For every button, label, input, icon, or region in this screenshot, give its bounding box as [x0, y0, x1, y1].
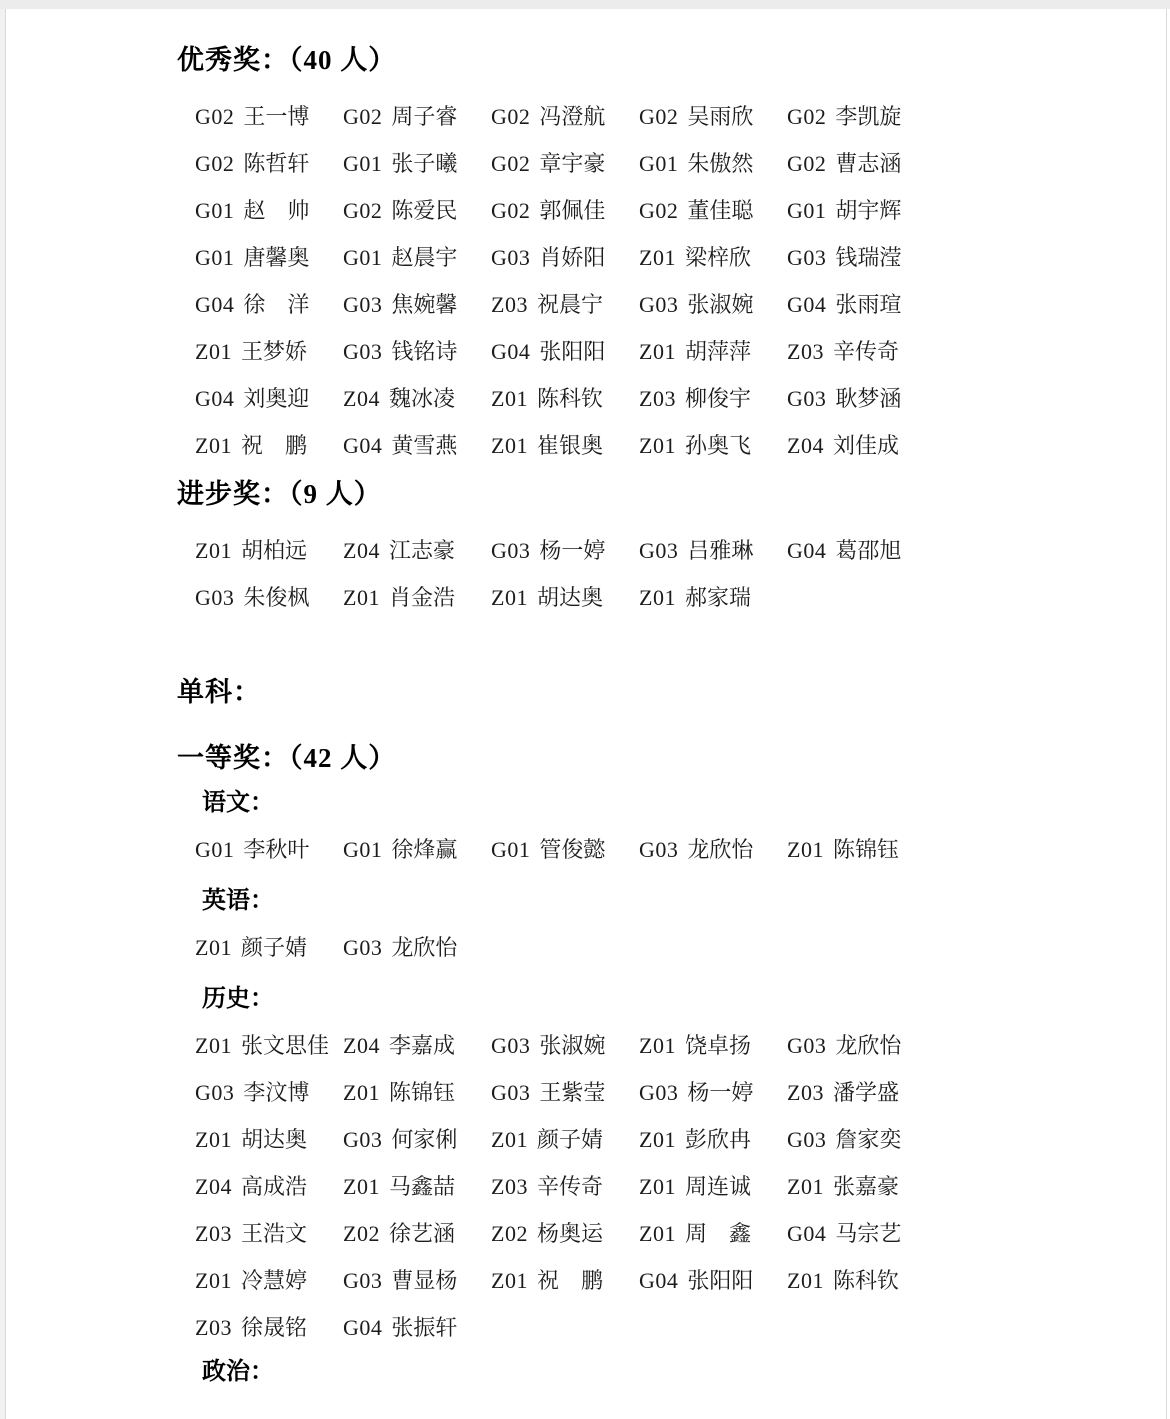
award-entry: G02周子睿 — [343, 100, 491, 131]
award-entry: Z01梁梓欣 — [639, 241, 787, 272]
award-entry: Z01陈科钦 — [491, 382, 639, 413]
award-entry: Z03柳俊宇 — [639, 382, 787, 413]
student-name: 唐馨奥 — [243, 245, 309, 270]
student-name: 陈爱民 — [391, 198, 457, 223]
student-class-code: G01 — [343, 151, 382, 176]
student-class-code: Z01 — [195, 935, 232, 960]
award-entry: Z01陈锦钰 — [787, 833, 935, 864]
award-entry: G02曹志涵 — [787, 147, 935, 178]
student-name: 管俊懿 — [539, 837, 605, 862]
award-entry: Z01胡萍萍 — [639, 335, 787, 366]
award-rows: Z01颜子婧G03龙欣怡 — [195, 923, 967, 970]
award-row: Z01祝 鹏G04黄雪燕Z01崔银奥Z01孙奥飞Z04刘佳成 — [195, 421, 967, 468]
student-name: 李汶博 — [243, 1080, 309, 1105]
subsection-heading-chinese: 语文： — [202, 789, 967, 817]
student-name: 颜子婧 — [241, 935, 307, 960]
student-name: 张阳阳 — [539, 339, 605, 364]
award-entry: G02冯澄航 — [491, 100, 639, 131]
student-name: 赵晨宇 — [391, 245, 457, 270]
student-name: 张阳阳 — [687, 1268, 753, 1293]
award-entry: G04张雨瑄 — [787, 288, 935, 319]
student-class-code: G03 — [491, 245, 530, 270]
award-entry: Z01张嘉豪 — [787, 1170, 935, 1201]
student-class-code: Z01 — [491, 1127, 528, 1152]
award-row: Z04高成浩Z01马鑫喆Z03辛传奇Z01周连诚Z01张嘉豪 — [195, 1162, 967, 1209]
student-name: 龙欣怡 — [391, 935, 457, 960]
subsection-chinese: 语文：G01李秋叶G01徐烽赢G01管俊懿G03龙欣怡Z01陈锦钰 — [177, 789, 967, 872]
student-name: 辛传奇 — [833, 339, 899, 364]
award-entry: Z02杨奥运 — [491, 1217, 639, 1248]
student-name: 马鑫喆 — [389, 1174, 455, 1199]
student-name: 陈科钦 — [833, 1268, 899, 1293]
award-entry: G03王紫莹 — [491, 1076, 639, 1107]
student-class-code: Z01 — [195, 1127, 232, 1152]
award-entry: G03钱铭诗 — [343, 335, 491, 366]
award-entry: Z01胡达奥 — [195, 1123, 343, 1154]
student-name: 周连诚 — [685, 1174, 751, 1199]
award-entry: G02陈哲轩 — [195, 147, 343, 178]
student-class-code: G03 — [639, 837, 678, 862]
award-entry: Z01祝 鹏 — [195, 429, 343, 460]
student-class-code: Z02 — [343, 1221, 380, 1246]
student-class-code: Z01 — [639, 339, 676, 364]
award-entry: G03吕雅琳 — [639, 534, 787, 565]
student-name: 梁梓欣 — [685, 245, 751, 270]
award-entry: G01朱傲然 — [639, 147, 787, 178]
student-name: 张雨瑄 — [835, 292, 901, 317]
award-entry: G04张阳阳 — [491, 335, 639, 366]
award-entry: Z03辛传奇 — [787, 335, 935, 366]
student-name: 曹志涵 — [835, 151, 901, 176]
student-name: 孙奥飞 — [685, 433, 751, 458]
student-name: 郭佩佳 — [539, 198, 605, 223]
student-name: 胡宇辉 — [835, 198, 901, 223]
award-entry: G04马宗艺 — [787, 1217, 935, 1248]
student-name: 徐烽赢 — [391, 837, 457, 862]
award-row: G02陈哲轩G01张子曦G02章宇豪G01朱傲然G02曹志涵 — [195, 139, 967, 186]
award-entry: Z01彭欣冉 — [639, 1123, 787, 1154]
student-class-code: G03 — [343, 935, 382, 960]
award-entry: G01徐烽赢 — [343, 833, 491, 864]
student-name: 高成浩 — [241, 1174, 307, 1199]
award-entry: Z01周 鑫 — [639, 1217, 787, 1248]
subsection-politics: 政治： — [177, 1358, 967, 1386]
section-single-subject: 单科： — [177, 676, 967, 708]
student-class-code: G03 — [639, 292, 678, 317]
student-class-code: Z03 — [195, 1315, 232, 1340]
student-class-code: Z03 — [787, 1080, 824, 1105]
section-excellence-award: 优秀奖：（40 人）G02王一博G02周子睿G02冯澄航G02吴雨欣G02李凯旋… — [177, 44, 967, 468]
student-class-code: Z01 — [639, 433, 676, 458]
award-row: Z01王梦娇G03钱铭诗G04张阳阳Z01胡萍萍Z03辛传奇 — [195, 327, 967, 374]
award-entry: G03龙欣怡 — [343, 931, 491, 962]
student-class-code: G02 — [491, 151, 530, 176]
section-heading-progress-award: 进步奖：（9 人） — [177, 478, 967, 510]
section-first-prize: 一等奖：（42 人）语文：G01李秋叶G01徐烽赢G01管俊懿G03龙欣怡Z01… — [177, 742, 967, 1386]
student-class-code: Z01 — [491, 386, 528, 411]
award-entry: Z03辛传奇 — [491, 1170, 639, 1201]
award-row: Z03王浩文Z02徐艺涵Z02杨奥运Z01周 鑫G04马宗艺 — [195, 1209, 967, 1256]
student-name: 徐晟铭 — [241, 1315, 307, 1340]
award-entry: G03张淑婉 — [639, 288, 787, 319]
student-class-code: G03 — [787, 245, 826, 270]
page-edge-right — [1166, 9, 1167, 1419]
award-entry: G03杨一婷 — [639, 1076, 787, 1107]
student-class-code: G03 — [639, 538, 678, 563]
student-class-code: G02 — [343, 198, 382, 223]
student-class-code: Z04 — [787, 433, 824, 458]
student-name: 张淑婉 — [687, 292, 753, 317]
student-name: 张振轩 — [391, 1315, 457, 1340]
document-content: 优秀奖：（40 人）G02王一博G02周子睿G02冯澄航G02吴雨欣G02李凯旋… — [177, 44, 967, 1386]
student-class-code: G04 — [491, 339, 530, 364]
student-name: 王紫莹 — [539, 1080, 605, 1105]
award-entry: Z03潘学盛 — [787, 1076, 935, 1107]
award-entry: G02吴雨欣 — [639, 100, 787, 131]
student-class-code: G01 — [639, 151, 678, 176]
student-class-code: Z02 — [491, 1221, 528, 1246]
subsection-heading-history: 历史： — [202, 985, 967, 1013]
award-row: Z01胡达奥G03何家俐Z01颜子婧Z01彭欣冉G03詹家奕 — [195, 1115, 967, 1162]
award-entry: Z04魏冰凌 — [343, 382, 491, 413]
student-class-code: Z01 — [195, 1268, 232, 1293]
student-class-code: Z01 — [195, 1033, 232, 1058]
student-name: 祝 鹏 — [241, 433, 307, 458]
student-name: 颜子婧 — [537, 1127, 603, 1152]
student-class-code: G04 — [787, 292, 826, 317]
student-name: 徐艺涵 — [389, 1221, 455, 1246]
award-entry: Z01陈科钦 — [787, 1264, 935, 1295]
student-name: 王一博 — [243, 104, 309, 129]
award-entry: G03龙欣怡 — [787, 1029, 935, 1060]
student-name: 辛传奇 — [537, 1174, 603, 1199]
award-entry: G03李汶博 — [195, 1076, 343, 1107]
award-entry: Z03王浩文 — [195, 1217, 343, 1248]
award-entry: Z01郝家瑞 — [639, 581, 787, 612]
award-entry: G01张子曦 — [343, 147, 491, 178]
student-class-code: G02 — [195, 104, 234, 129]
student-class-code: Z01 — [639, 245, 676, 270]
student-class-code: G01 — [491, 837, 530, 862]
student-class-code: G04 — [639, 1268, 678, 1293]
award-row: G03李汶博Z01陈锦钰G03王紫莹G03杨一婷Z03潘学盛 — [195, 1068, 967, 1115]
student-class-code: Z01 — [195, 339, 232, 364]
award-entry: G03焦婉馨 — [343, 288, 491, 319]
section-heading-excellence-award: 优秀奖：（40 人） — [177, 44, 967, 76]
award-row: G01李秋叶G01徐烽赢G01管俊懿G03龙欣怡Z01陈锦钰 — [195, 825, 967, 872]
award-entry: G03詹家奕 — [787, 1123, 935, 1154]
student-class-code: G03 — [343, 292, 382, 317]
student-class-code: G04 — [787, 1221, 826, 1246]
student-class-code: G02 — [195, 151, 234, 176]
award-entry: G01李秋叶 — [195, 833, 343, 864]
student-class-code: Z04 — [195, 1174, 232, 1199]
student-class-code: Z01 — [639, 1174, 676, 1199]
student-name: 刘佳成 — [833, 433, 899, 458]
student-name: 徐 洋 — [243, 292, 309, 317]
award-entry: G01胡宇辉 — [787, 194, 935, 225]
student-class-code: G03 — [343, 339, 382, 364]
student-class-code: Z01 — [787, 837, 824, 862]
page-edge-left — [0, 9, 6, 1419]
student-name: 胡柏远 — [241, 538, 307, 563]
student-name: 赵 帅 — [243, 198, 309, 223]
student-name: 朱俊枫 — [243, 585, 309, 610]
award-row: G02王一博G02周子睿G02冯澄航G02吴雨欣G02李凯旋 — [195, 92, 967, 139]
student-class-code: Z01 — [491, 585, 528, 610]
student-class-code: G02 — [787, 104, 826, 129]
award-entry: G01赵晨宇 — [343, 241, 491, 272]
award-entry: G04徐 洋 — [195, 288, 343, 319]
student-class-code: G03 — [787, 1127, 826, 1152]
page-edge-top — [0, 0, 1170, 9]
student-name: 耿梦涵 — [835, 386, 901, 411]
student-class-code: Z03 — [787, 339, 824, 364]
student-class-code: Z01 — [195, 538, 232, 563]
student-name: 陈锦钰 — [389, 1080, 455, 1105]
award-entry: Z01饶卓扬 — [639, 1029, 787, 1060]
student-name: 祝晨宁 — [537, 292, 603, 317]
student-name: 郝家瑞 — [685, 585, 751, 610]
student-class-code: G03 — [787, 386, 826, 411]
subsection-heading-politics: 政治： — [202, 1358, 967, 1386]
award-entry: G04黄雪燕 — [343, 429, 491, 460]
student-name: 杨一婷 — [687, 1080, 753, 1105]
student-class-code: Z01 — [343, 1174, 380, 1199]
award-entry: Z01陈锦钰 — [343, 1076, 491, 1107]
student-class-code: Z03 — [491, 292, 528, 317]
student-class-code: G01 — [343, 837, 382, 862]
award-entry: Z01王梦娇 — [195, 335, 343, 366]
student-class-code: Z01 — [787, 1268, 824, 1293]
student-name: 杨奥运 — [537, 1221, 603, 1246]
student-name: 焦婉馨 — [391, 292, 457, 317]
student-class-code: Z03 — [491, 1174, 528, 1199]
award-entry: G04张振轩 — [343, 1311, 491, 1342]
award-entry: G03龙欣怡 — [639, 833, 787, 864]
student-class-code: G02 — [491, 198, 530, 223]
award-row: Z01冷慧婷G03曹显杨Z01祝 鹏G04张阳阳Z01陈科钦 — [195, 1256, 967, 1303]
student-name: 冷慧婷 — [241, 1268, 307, 1293]
student-class-code: G04 — [195, 292, 234, 317]
student-name: 何家俐 — [391, 1127, 457, 1152]
student-class-code: G03 — [491, 538, 530, 563]
award-entry: Z01肖金浩 — [343, 581, 491, 612]
award-entry: G01管俊懿 — [491, 833, 639, 864]
subsection-heading-english: 英语： — [202, 887, 967, 915]
award-entry: Z01胡柏远 — [195, 534, 343, 565]
student-class-code: G02 — [639, 104, 678, 129]
student-class-code: G03 — [491, 1080, 530, 1105]
student-name: 曹显杨 — [391, 1268, 457, 1293]
award-rows: G01李秋叶G01徐烽赢G01管俊懿G03龙欣怡Z01陈锦钰 — [195, 825, 967, 872]
award-entry: G02李凯旋 — [787, 100, 935, 131]
student-name: 张文思佳 — [241, 1033, 329, 1058]
award-entry: Z01冷慧婷 — [195, 1264, 343, 1295]
student-name: 周 鑫 — [685, 1221, 751, 1246]
award-entry: Z04李嘉成 — [343, 1029, 491, 1060]
award-entry: G04刘奥迎 — [195, 382, 343, 413]
award-entry: G02郭佩佳 — [491, 194, 639, 225]
award-entry: Z01马鑫喆 — [343, 1170, 491, 1201]
student-class-code: Z01 — [491, 433, 528, 458]
award-row: Z01胡柏远Z04江志豪G03杨一婷G03吕雅琳G04葛邵旭 — [195, 526, 967, 573]
student-name: 马宗艺 — [835, 1221, 901, 1246]
award-row: G04徐 洋G03焦婉馨Z03祝晨宁G03张淑婉G04张雨瑄 — [195, 280, 967, 327]
student-class-code: G03 — [639, 1080, 678, 1105]
student-name: 潘学盛 — [833, 1080, 899, 1105]
student-name: 王梦娇 — [241, 339, 307, 364]
student-class-code: Z01 — [639, 1221, 676, 1246]
award-entry: G01唐馨奥 — [195, 241, 343, 272]
student-name: 胡萍萍 — [685, 339, 751, 364]
student-name: 江志豪 — [389, 538, 455, 563]
award-entry: Z01孙奥飞 — [639, 429, 787, 460]
award-entry: G03肖娇阳 — [491, 241, 639, 272]
award-entry: Z01颜子婧 — [195, 931, 343, 962]
award-row: Z01张文思佳Z04李嘉成G03张淑婉Z01饶卓扬G03龙欣怡 — [195, 1021, 967, 1068]
award-row: Z03徐晟铭G04张振轩 — [195, 1303, 967, 1350]
student-name: 龙欣怡 — [687, 837, 753, 862]
student-name: 张嘉豪 — [833, 1174, 899, 1199]
student-name: 张子曦 — [391, 151, 457, 176]
award-entry: G03钱瑞滢 — [787, 241, 935, 272]
award-entry: G03何家俐 — [343, 1123, 491, 1154]
award-entry: G03朱俊枫 — [195, 581, 343, 612]
student-name: 饶卓扬 — [685, 1033, 751, 1058]
student-class-code: Z04 — [343, 1033, 380, 1058]
student-name: 龙欣怡 — [835, 1033, 901, 1058]
award-entry: G03曹显杨 — [343, 1264, 491, 1295]
award-entry: G01赵 帅 — [195, 194, 343, 225]
award-row: G01唐馨奥G01赵晨宇G03肖娇阳Z01梁梓欣G03钱瑞滢 — [195, 233, 967, 280]
student-name: 詹家奕 — [835, 1127, 901, 1152]
student-class-code: G02 — [787, 151, 826, 176]
award-entry: Z01祝 鹏 — [491, 1264, 639, 1295]
award-entry: Z04刘佳成 — [787, 429, 935, 460]
student-name: 朱傲然 — [687, 151, 753, 176]
award-entry: Z03祝晨宁 — [491, 288, 639, 319]
award-entry: Z01周连诚 — [639, 1170, 787, 1201]
student-class-code: Z01 — [639, 1127, 676, 1152]
award-entry: Z02徐艺涵 — [343, 1217, 491, 1248]
student-name: 张淑婉 — [539, 1033, 605, 1058]
student-class-code: G01 — [343, 245, 382, 270]
student-name: 李秋叶 — [243, 837, 309, 862]
award-entry: G03杨一婷 — [491, 534, 639, 565]
award-entry: G04葛邵旭 — [787, 534, 935, 565]
student-name: 冯澄航 — [539, 104, 605, 129]
student-class-code: G01 — [787, 198, 826, 223]
student-name: 祝 鹏 — [537, 1268, 603, 1293]
award-entry: G02王一博 — [195, 100, 343, 131]
section-heading-single-subject: 单科： — [177, 676, 967, 708]
student-name: 胡达奥 — [537, 585, 603, 610]
award-rows: Z01张文思佳Z04李嘉成G03张淑婉Z01饶卓扬G03龙欣怡G03李汶博Z01… — [195, 1021, 967, 1350]
award-row: G04刘奥迎Z04魏冰凌Z01陈科钦Z03柳俊宇G03耿梦涵 — [195, 374, 967, 421]
student-name: 周子睿 — [391, 104, 457, 129]
student-name: 钱铭诗 — [391, 339, 457, 364]
student-class-code: G03 — [195, 1080, 234, 1105]
student-name: 章宇豪 — [539, 151, 605, 176]
student-name: 李嘉成 — [389, 1033, 455, 1058]
student-name: 柳俊宇 — [685, 386, 751, 411]
award-entry: G02董佳聪 — [639, 194, 787, 225]
student-class-code: G04 — [787, 538, 826, 563]
student-class-code: G03 — [343, 1127, 382, 1152]
student-class-code: G02 — [639, 198, 678, 223]
student-class-code: Z03 — [195, 1221, 232, 1246]
award-entry: Z01崔银奥 — [491, 429, 639, 460]
award-entry: G04张阳阳 — [639, 1264, 787, 1295]
award-entry: Z01颜子婧 — [491, 1123, 639, 1154]
student-name: 魏冰凌 — [389, 386, 455, 411]
student-name: 崔银奥 — [537, 433, 603, 458]
student-class-code: G01 — [195, 198, 234, 223]
student-class-code: Z01 — [639, 585, 676, 610]
student-name: 黄雪燕 — [391, 433, 457, 458]
student-class-code: Z03 — [639, 386, 676, 411]
student-name: 陈科钦 — [537, 386, 603, 411]
student-name: 刘奥迎 — [243, 386, 309, 411]
award-entry: G03耿梦涵 — [787, 382, 935, 413]
section-heading-first-prize: 一等奖：（42 人） — [177, 742, 967, 774]
student-name: 钱瑞滢 — [835, 245, 901, 270]
student-class-code: G03 — [343, 1268, 382, 1293]
student-class-code: Z01 — [343, 1080, 380, 1105]
award-entry: Z03徐晟铭 — [195, 1311, 343, 1342]
student-class-code: G04 — [195, 386, 234, 411]
award-entry: G03张淑婉 — [491, 1029, 639, 1060]
student-class-code: Z01 — [343, 585, 380, 610]
award-rows: Z01胡柏远Z04江志豪G03杨一婷G03吕雅琳G04葛邵旭G03朱俊枫Z01肖… — [195, 526, 967, 620]
subsection-history: 历史：Z01张文思佳Z04李嘉成G03张淑婉Z01饶卓扬G03龙欣怡G03李汶博… — [177, 985, 967, 1350]
award-entry: G02陈爱民 — [343, 194, 491, 225]
student-class-code: G04 — [343, 433, 382, 458]
student-class-code: G03 — [787, 1033, 826, 1058]
award-row: Z01颜子婧G03龙欣怡 — [195, 923, 967, 970]
award-rows: G02王一博G02周子睿G02冯澄航G02吴雨欣G02李凯旋G02陈哲轩G01张… — [195, 92, 967, 468]
student-name: 彭欣冉 — [685, 1127, 751, 1152]
section-progress-award: 进步奖：（9 人）Z01胡柏远Z04江志豪G03杨一婷G03吕雅琳G04葛邵旭G… — [177, 478, 967, 620]
student-class-code: G03 — [195, 585, 234, 610]
subsection-english: 英语：Z01颜子婧G03龙欣怡 — [177, 887, 967, 970]
student-class-code: G01 — [195, 245, 234, 270]
student-class-code: Z01 — [195, 433, 232, 458]
student-class-code: Z01 — [639, 1033, 676, 1058]
award-row: G03朱俊枫Z01肖金浩Z01胡达奥Z01郝家瑞 — [195, 573, 967, 620]
award-entry: Z01张文思佳 — [195, 1029, 343, 1060]
student-class-code: Z04 — [343, 386, 380, 411]
student-class-code: Z04 — [343, 538, 380, 563]
student-name: 杨一婷 — [539, 538, 605, 563]
student-name: 李凯旋 — [835, 104, 901, 129]
student-name: 陈哲轩 — [243, 151, 309, 176]
student-name: 胡达奥 — [241, 1127, 307, 1152]
student-name: 董佳聪 — [687, 198, 753, 223]
student-class-code: G03 — [491, 1033, 530, 1058]
award-entry: Z04江志豪 — [343, 534, 491, 565]
student-name: 葛邵旭 — [835, 538, 901, 563]
student-class-code: G02 — [343, 104, 382, 129]
student-name: 肖金浩 — [389, 585, 455, 610]
student-class-code: Z01 — [787, 1174, 824, 1199]
student-name: 吕雅琳 — [687, 538, 753, 563]
student-name: 陈锦钰 — [833, 837, 899, 862]
student-class-code: G02 — [491, 104, 530, 129]
award-entry: Z01胡达奥 — [491, 581, 639, 612]
award-entry: G02章宇豪 — [491, 147, 639, 178]
